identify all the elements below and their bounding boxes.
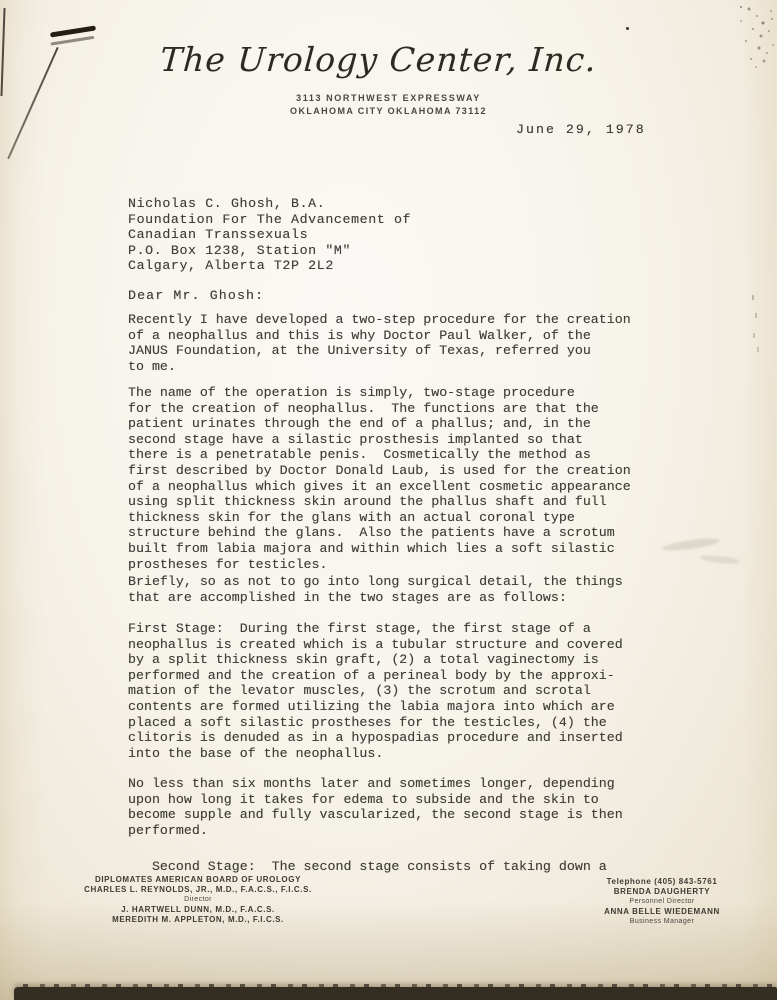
paragraph-introduction: Recently I have developed a two-step pro… — [128, 312, 631, 374]
recipient-address: Nicholas C. Ghosh, B.A. Foundation For T… — [128, 196, 411, 274]
salutation: Dear Mr. Ghosh: — [128, 288, 264, 304]
letter-page: The Urology Center, Inc. 3113 NORTHWEST … — [0, 0, 777, 1000]
ink-dot — [626, 27, 629, 30]
paragraph-six-months: No less than six months later and someti… — [128, 776, 623, 838]
paragraph-briefly: Briefly, so as not to go into long surgi… — [128, 574, 623, 605]
footer-doctor-dunn: J. HARTWELL DUNN, M.D., F.A.C.S. — [38, 905, 358, 915]
pencil-smudge — [700, 554, 741, 565]
staple-mark — [50, 25, 96, 37]
paragraph-second-stage: Second Stage: The second stage consists … — [128, 859, 607, 875]
footer-telephone: Telephone (405) 843-5761 — [558, 877, 766, 887]
scan-speckles-top-right — [740, 6, 742, 8]
pencil-smudge — [662, 536, 721, 553]
footer-personnel-director-title: Personnel Director — [558, 897, 766, 907]
footer-doctor-reynolds: CHARLES L. REYNOLDS, JR., M.D., F.A.C.S.… — [38, 885, 358, 895]
footer-staff-block: Telephone (405) 843-5761 BRENDA DAUGHERT… — [558, 877, 766, 927]
footer-doctor-appleton: MEREDITH M. APPLETON, M.D., F.I.C.S. — [38, 915, 358, 925]
letterhead-address-line1: 3113 NORTHWEST EXPRESSWAY — [0, 93, 777, 103]
footer-diplomates-line: DIPLOMATES AMERICAN BOARD OF UROLOGY — [38, 875, 358, 885]
footer-business-manager-name: ANNA BELLE WIEDEMANN — [558, 907, 766, 917]
letterhead-address-line2: OKLAHOMA CITY OKLAHOMA 73112 — [0, 106, 777, 116]
footer-director-title: Director — [38, 895, 358, 905]
footer-personnel-director-name: BRENDA DAUGHERTY — [558, 887, 766, 897]
company-name: The Urology Center, Inc. — [0, 40, 768, 79]
footer-doctors-block: DIPLOMATES AMERICAN BOARD OF UROLOGY CHA… — [38, 875, 358, 925]
scan-speckles-right — [752, 295, 754, 300]
footer-business-manager-title: Business Manager — [558, 917, 766, 927]
scan-bottom-edge — [14, 987, 777, 1000]
date-line: June 29, 1978 — [516, 122, 646, 138]
paragraph-first-stage: First Stage: During the first stage, the… — [128, 621, 623, 761]
paragraph-operation-description: The name of the operation is simply, two… — [128, 385, 631, 572]
